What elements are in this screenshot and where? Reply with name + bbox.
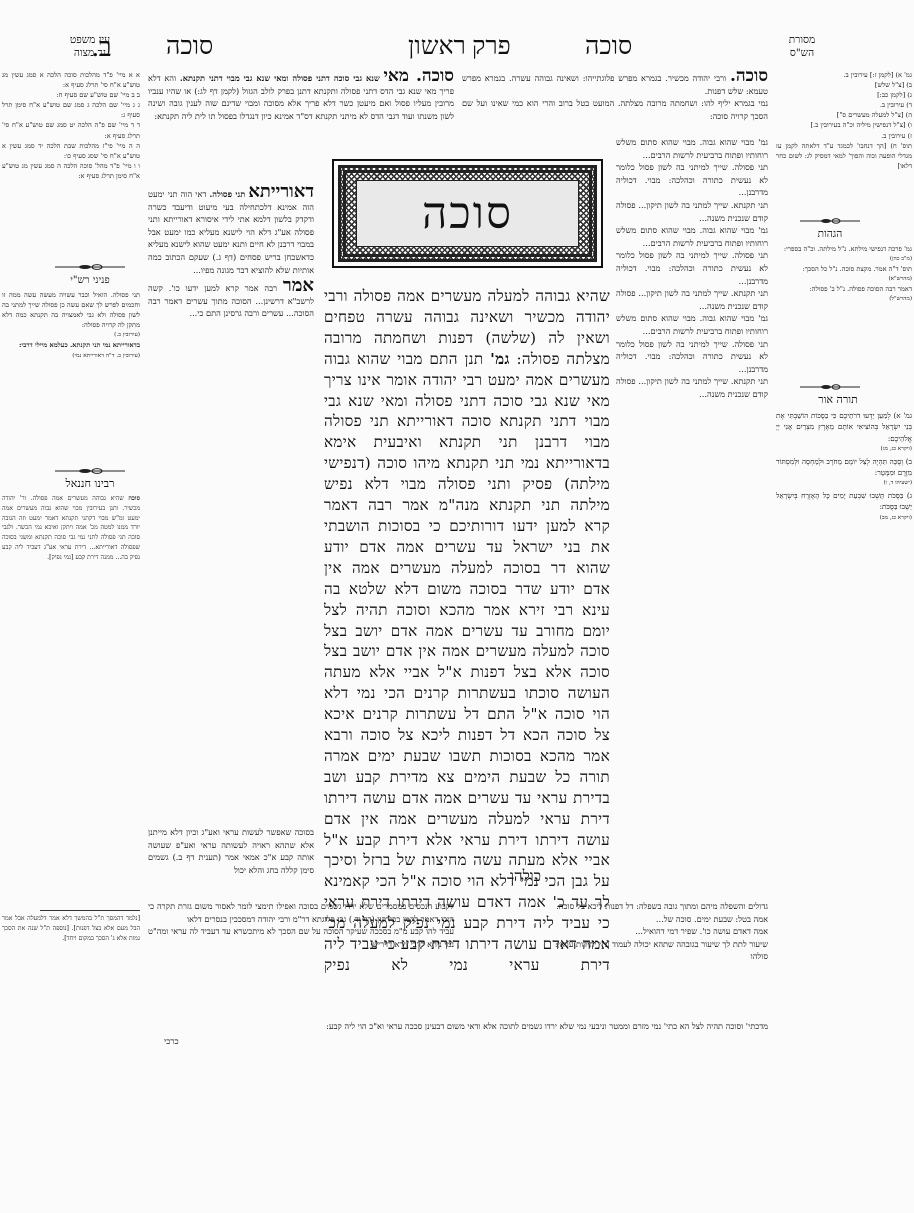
tosafot-text: דאי הוה תני ימעט הוה אמינא דלכתחילה בעי … [148,189,314,275]
mesoret-entry: ו) [צ"ל דנפישין מיליה וכ"ה בעירובין ב.] [776,120,912,130]
pnei-rashi-ref: (עירובין ב.) [2,330,140,340]
torah-or-source: (ויקרא כג, מג) [776,444,912,455]
pnei-rashi-ref: (עירובין ב. ד"ה דאורייתא נמי) [2,351,140,361]
hagahot-entry: גמ' פרכה דנפישי מילתא. נ"ל מילתה. וכ"ה ב… [776,244,912,254]
ein-mishpat-title: עין משפט [40,34,140,47]
ornament-divider [55,468,125,474]
pnei-rashi-title: פניני רש"י [40,274,140,287]
gemara-last-word: כולהו [510,866,541,886]
ein-mishpat-column: א א מיי' פ"ד מהלכות סוכה הלכה א סמג עשין… [2,70,140,181]
mesoret-entry: ד) עירובין ב. [776,100,912,110]
rashi-text: תני פסולה. שייך למיתני בה לשון פסול כלומ… [616,249,768,287]
tractate-title: סוכה [422,192,513,236]
mesoret-entry: ה) [צ"ל למעלה מעשרים ס"] [776,110,912,120]
running-head-tractate-right: סוכה [585,34,632,60]
hagahot-entry: דאמר רבה הסוכה פסולה. נ"ל ב' פסולה: [776,284,912,294]
mesoret-entry: ג) [לקמן כב:] [776,90,912,100]
mesoret-title: מסורת [768,34,836,47]
rashi-lead: סוכה. [730,66,768,86]
tosafot-dibur-hamatchil: שנא גבי סוכה דתני פסולה ומאי שנא גבי מבו… [180,73,380,83]
hagahot-source: (מהרש"א) [776,274,912,284]
rashi-text: תני פסולה. שייך למיתני בה לשון פסול כלומ… [616,161,768,199]
rashi-text: תני תקנתא. שייך למתני בה לשון תיקון... פ… [616,375,768,400]
torah-or-verse: ב) וְסֻכָּה תִּהְיֶה לְצֵל יוֹמָם מֵחֹרֶ… [776,456,912,479]
tosafot-dibur-hamatchil: תני פסולה. [209,189,245,199]
torah-or-verse: ג) בַּסֻּכֹּת תֵּשְׁבוּ שִׁבְעַת יָמִים … [776,490,912,513]
running-head-chapter: פרק ראשון [408,34,511,60]
ornamental-border: סוכה [338,165,597,262]
rabbeinu-chananel-footnotes: [נלמד דהמסך ת"ל בהמשך דלא אמר דלמעלה אבל… [2,914,140,943]
torah-or-verse: גמ' א) לְמַעַן יֵדְעוּ דֹרֹתֵיכֶם כִּי ב… [776,410,912,444]
rabbeinu-chananel-column: סוכה שהיא גבוהה מעשרים אמה פסולה. ור' יה… [2,494,140,894]
torah-or-source: (ויקרא כג, מב) [776,513,912,524]
tosafot-final-line: מדכתי' וסוכה תהיה לצל הא כתי' נמי מזרם ו… [148,1020,768,1033]
mesoret-heading: מסורת הש"ס [768,34,836,60]
pnei-rashi-text: בדאורייתא נמי תני תקנתא. כעלמא מיילי דרב… [2,340,140,350]
tosafot-text: בסוכה שאפשר לעשות עראי ואע"ג וכיון דלא מ… [148,826,314,876]
rashi-top: סוכה. ורבי יהודה מכשיר. בגמרא מפרש פלוגת… [462,70,768,122]
rashi-text: תני תקנתא. שייך למתני בה לשון תיקון... פ… [616,199,768,224]
catchword: כרכי [164,1036,179,1047]
ein-mishpat-entry: ו ו מיי' פ"ד מהל' סוכה הלכה ה סמג עשין מ… [2,161,140,181]
tosafot-top: סוכה. מאי שנא גבי סוכה דתני פסולה ומאי ש… [148,70,454,122]
ein-mishpat-entry: ב ב מיי' שם טוש"ע שם סעיף ח: [2,90,140,100]
rashi-text: ורבי יהודה מכשיר. בגמרא מפרש פלוגתייהו: … [462,73,768,96]
mesoret-hashas-column: גמ' א) [לקמן ז:] עירובין ב. ב) [צ"ל שלש]… [776,70,912,171]
rabbeinu-chananel-lead: סוכה [128,495,140,502]
tosafot-column: דאורייתא תני פסולה. דאי הוה תני ימעט הוה… [148,186,314,320]
torah-or-source: (ישעיהו ד, ו) [776,478,912,489]
running-head-tractate-left: סוכה [166,34,213,60]
ornament-divider [800,218,860,224]
tractate-title-frame: סוכה [332,159,603,268]
ein-mishpat-subtitle: נר מצוה [40,47,140,60]
tosafot-lower: בסוכה שאפשר לעשות עראי ואע"ג וכיון דלא מ… [148,826,314,876]
mesoret-subtitle: הש"ס [768,47,836,60]
ornament-divider [55,264,125,270]
tosafot-section-head: אמר [283,275,314,296]
mesoret-entry: ב) [צ"ל שלש] [776,80,912,90]
hagahot-entry: תוס' ד"ה אמר. מקצת סוכה. נ"ל כל הסכך: [776,264,912,274]
rashi-text: גמ' מבוי שהוא גבוה. מבוי שהוא סתום משלש … [616,312,768,337]
ein-mishpat-entry: א א מיי' פ"ד מהלכות סוכה הלכה א סמג עשין… [2,70,140,90]
ein-mishpat-heading: עין משפט נר מצוה [40,34,140,60]
torah-or-column: גמ' א) לְמַעַן יֵדְעוּ דֹרֹתֵיכֶם כִּי ב… [776,410,912,524]
rashi-column: גמ' מבוי שהוא גבוה. מבוי שהוא סתום משלש … [616,136,768,896]
gemara-column: שהיא גבוהה למעלה מעשרים אמה פסולה ורבי י… [324,286,610,976]
hagahot-title: הגהות [790,228,870,241]
ein-mishpat-entry: ג ג מיי' שם הלכה ג סמג שם טוש"ע א"ח סימן… [2,100,140,120]
torah-or-title: תורה אור [790,393,886,406]
hagahot-source: (מהרש"ל) [776,294,912,304]
gemara-label: גמ' [490,350,510,368]
rashi-text: תני פסולה. שייך למיתני בה לשון פסול כלומ… [616,338,768,376]
rabbeinu-chananel-text: שהיא גבוהה מעשרים אמה פסולה. ור' יהודה מ… [2,495,140,561]
tosafot-lead: סוכה. מאי [383,66,454,86]
rashi-text: תני תקנתא. שייך למתני בה לשון תיקון... פ… [616,287,768,312]
hagahot-source: (מ"ב כהן) [776,254,912,264]
pnei-rashi-column: תני פסולה. הואיל וכבר עשויה מעשה עשה ממה… [2,290,140,361]
tosafot-section-head: דאורייתא [248,181,314,202]
hagahot-column: גמ' פרכה דנפישי מילתא. נ"ל מילתה. וכ"ה ב… [776,244,912,305]
rabbeinu-chananel-title: רבינו חננאל [40,477,140,490]
mesoret-entry: גמ' א) [לקמן ז:] עירובין ב. [776,70,912,80]
gemara-text: תנן התם מבוי שהוא גבוה מעשרים אמה ימעט ר… [324,350,610,974]
footnote-rule [40,910,140,911]
pnei-rashi-text: תני פסולה. הואיל וכבר עשויה מעשה עשה ממה… [2,290,140,330]
mesoret-entry: ז) עירובין ב. [776,131,912,141]
rashi-text: גמ' מבוי שהוא גבוה. מבוי שהוא סתום משלש … [616,224,768,249]
mesoret-entry: תוס' ח) [הך דנחבו' לכמגד ע"ד דלאתה לקמן … [776,141,912,171]
ornament-divider [800,384,860,390]
ein-mishpat-entry: ד ד מיי' שם פ"ה הלכה יט סמג שם טוש"ע א"ח… [2,120,140,140]
rashi-text: נמי בגמרא יליף להו: ושחמתה מרובה מצלתה. … [462,97,768,122]
rashi-text: גמ' מבוי שהוא גבוה. מבוי שהוא סתום משלש … [616,136,768,161]
title-plate: סוכה [356,180,579,247]
ein-mishpat-entry: ה ה מיי' פי"ז מהלכות שבת הלכה יד סמג עשי… [2,141,140,161]
